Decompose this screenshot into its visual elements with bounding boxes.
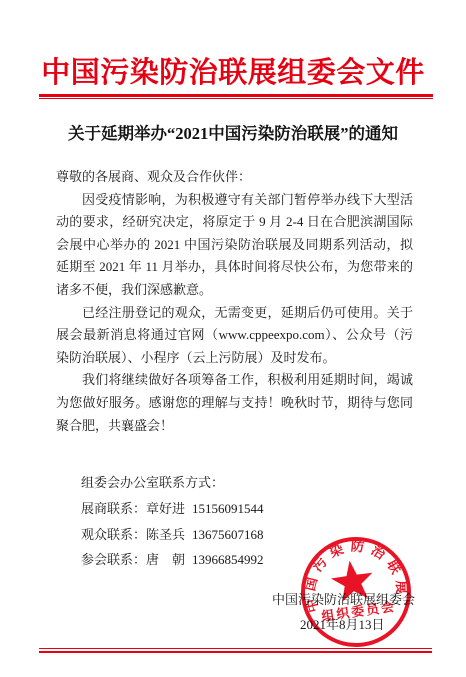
footer-rule-thin xyxy=(39,648,432,649)
signature-date: 2021年8月13日 xyxy=(300,614,385,633)
contact-row-attendee: 参会联系：唐 朝13966854992 xyxy=(81,547,264,573)
footer-double-rule xyxy=(39,648,432,653)
header-double-rule xyxy=(39,94,433,99)
letterhead-title: 中国污染防治联展组委会文件 xyxy=(0,50,466,91)
contact-heading: 组委会办公室联系方式： xyxy=(81,470,264,496)
contact-row-exhibitor: 展商联系：章好进15156091544 xyxy=(81,496,264,522)
notice-title: 关于延期举办“2021中国污染防治联展”的通知 xyxy=(0,120,466,144)
header-rule-thick xyxy=(39,94,433,97)
contact-phone: 13675607168 xyxy=(192,527,264,542)
header-rule-thin xyxy=(39,98,433,99)
contact-phone: 13966854992 xyxy=(192,552,264,567)
body-paragraph: 我们将继续做好各项筹备工作，积极利用延期时间，竭诚为您做好服务。感谢您的理解与支… xyxy=(56,369,413,437)
contact-name: 唐 朝 xyxy=(146,552,185,567)
contact-label: 展商联系： xyxy=(81,501,146,516)
body-paragraph: 因受疫情影响，为积极遵守有关部门暂停举办线下大型活动的要求，经研究决定，将原定于… xyxy=(56,189,413,302)
contact-name: 陈圣兵 xyxy=(146,527,185,542)
contact-label: 观众联系： xyxy=(81,527,146,542)
notice-body: 尊敬的各展商、观众及合作伙伴： 因受疫情影响，为积极遵守有关部门暂停举办线下大型… xyxy=(56,166,413,437)
contact-name: 章好进 xyxy=(146,501,185,516)
footer-rule-thick xyxy=(39,651,432,654)
signature-organization: 中国污染防治联展组委会 xyxy=(272,589,415,608)
contact-phone: 15156091544 xyxy=(192,501,264,516)
contact-section: 组委会办公室联系方式： 展商联系：章好进15156091544 观众联系：陈圣兵… xyxy=(81,470,264,573)
contact-row-visitor: 观众联系：陈圣兵13675607168 xyxy=(81,522,264,548)
salutation-line: 尊敬的各展商、观众及合作伙伴： xyxy=(56,166,413,189)
contact-label: 参会联系： xyxy=(81,552,146,567)
body-paragraph: 已经注册登记的观众，无需变更，延期后仍可使用。关于展会最新消息将通过官网（www… xyxy=(56,302,413,370)
document-page: 中国污染防治联展组委会文件 关于延期举办“2021中国污染防治联展”的通知 尊敬… xyxy=(0,0,466,677)
